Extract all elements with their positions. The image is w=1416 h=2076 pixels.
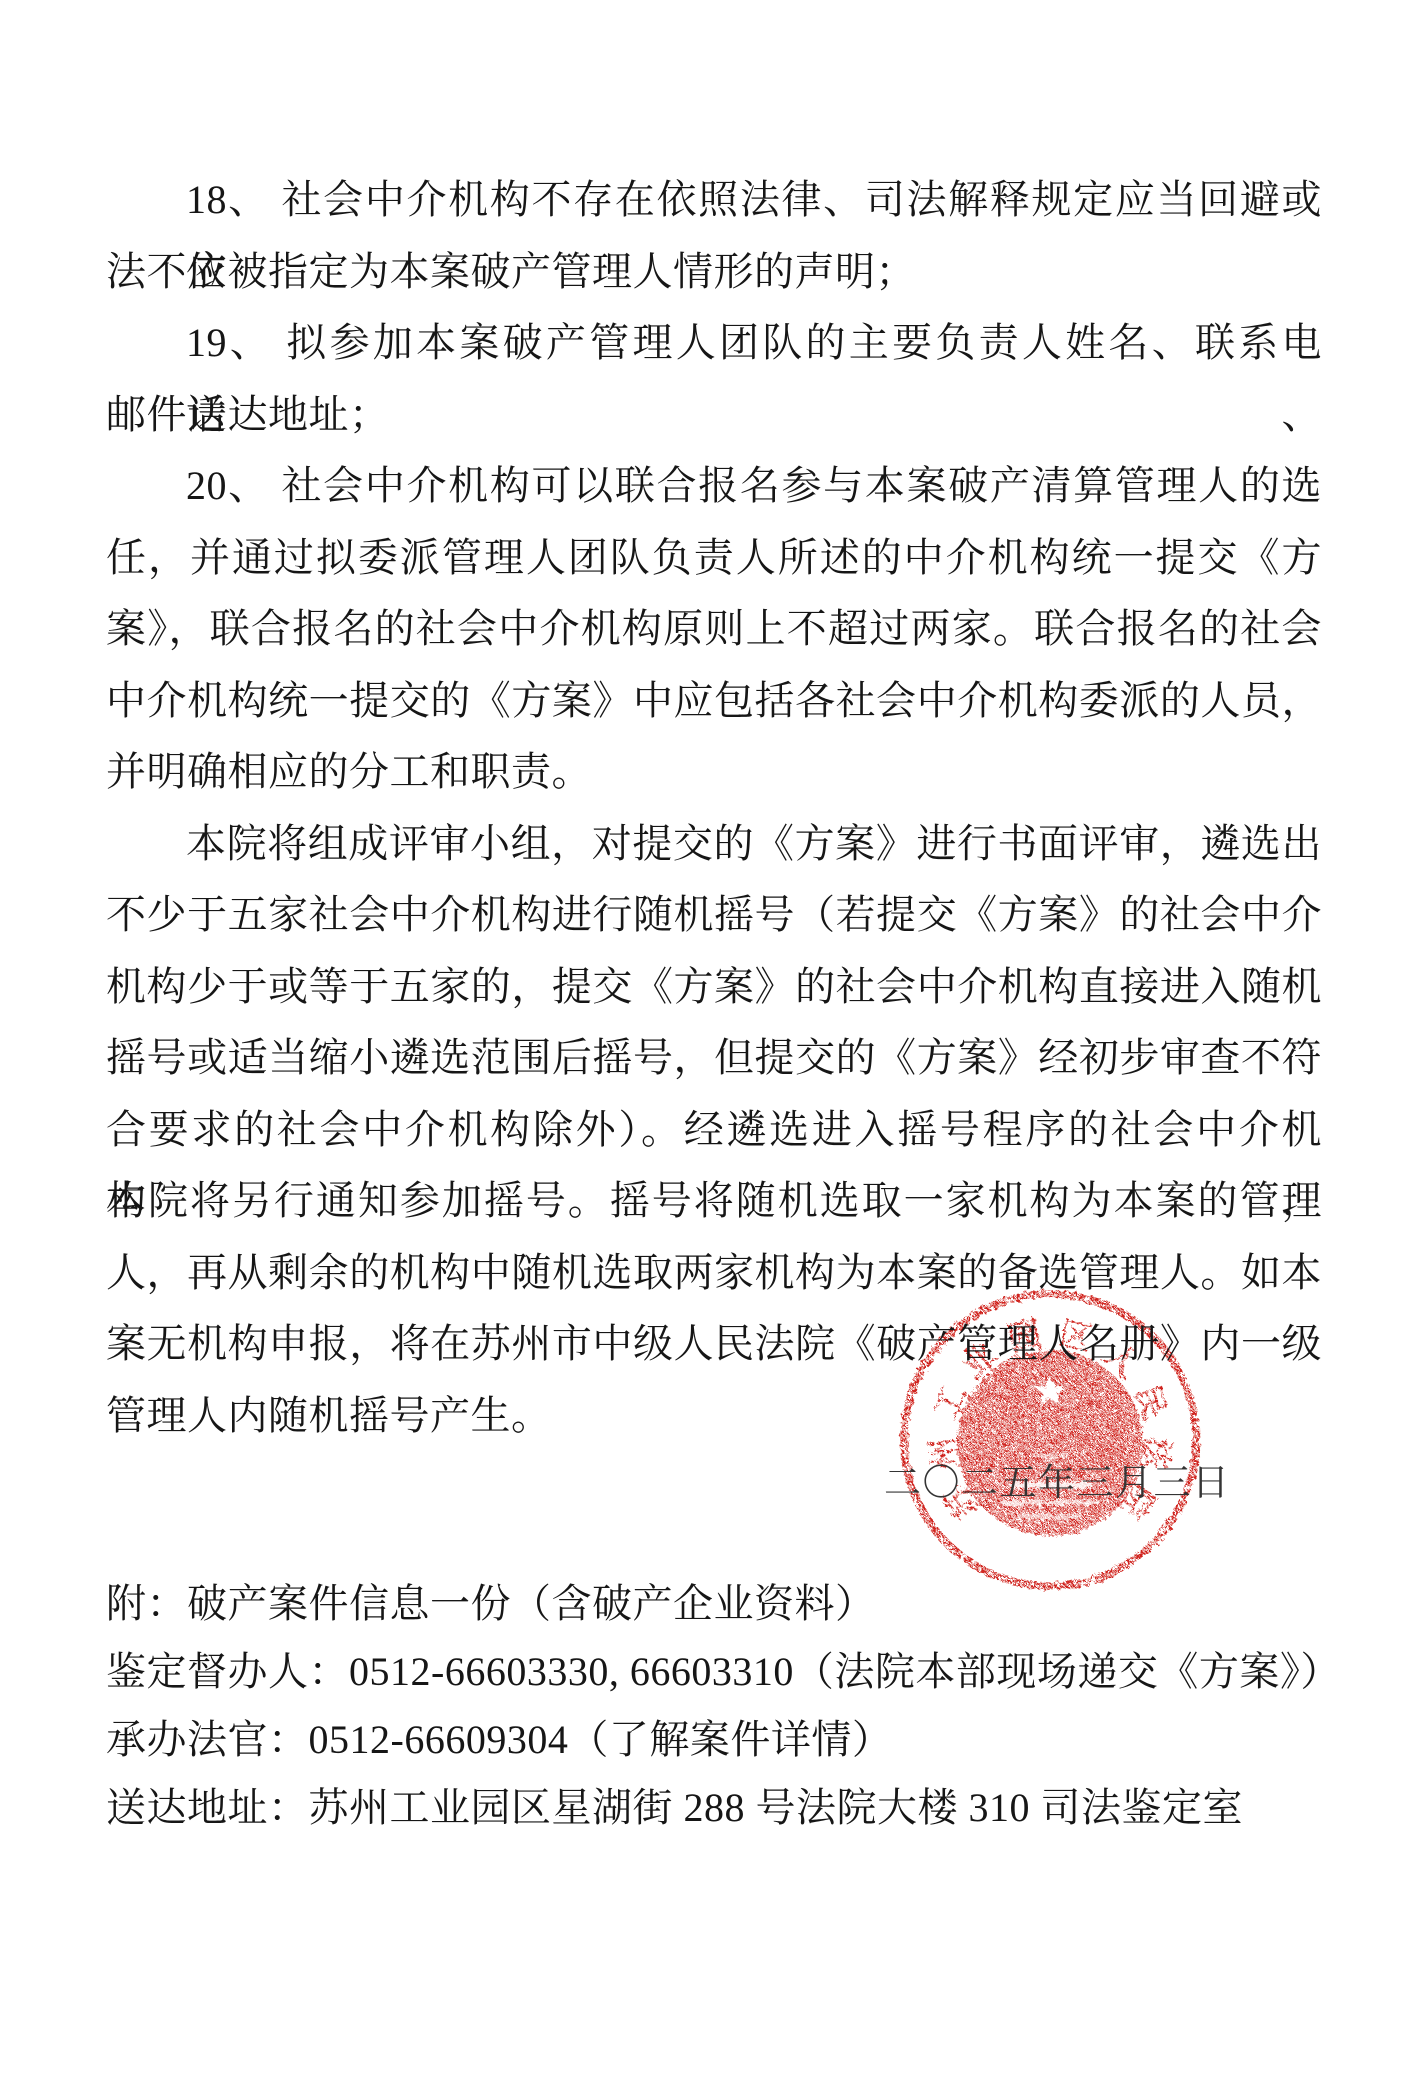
judge-phone-line: 承办法官：0512-66609304（了解案件详情） [106, 1706, 1366, 1774]
body-line: 中介机构统一提交的《方案》中应包括各社会中介机构委派的人员， [106, 665, 1322, 737]
body-line: 并明确相应的分工和职责。 [106, 736, 1322, 808]
body-line: 19、 拟参加本案破产管理人团队的主要负责人姓名、联系电话、 [106, 307, 1322, 379]
body-text: 18、 社会中介机构不存在依照法律、司法解释规定应当回避或依法不应被指定为本案破… [106, 164, 1322, 1451]
body-line: 18、 社会中介机构不存在依照法律、司法解释规定应当回避或依 [106, 164, 1322, 236]
body-line: 合要求的社会中介机构除外）。经遴选进入摇号程序的社会中介机构， [106, 1094, 1322, 1166]
body-line: 案无机构申报，将在苏州市中级人民法院《破产管理人名册》内一级 [106, 1308, 1322, 1380]
body-line: 法不应被指定为本案破产管理人情形的声明； [106, 236, 1322, 308]
body-line: 20、 社会中介机构可以联合报名参与本案破产清算管理人的选 [106, 450, 1322, 522]
body-line: 摇号或适当缩小遴选范围后摇号，但提交的《方案》经初步审查不符 [106, 1022, 1322, 1094]
body-line: 案》，联合报名的社会中介机构原则上不超过两家。联合报名的社会 [106, 593, 1322, 665]
body-line: 不少于五家社会中介机构进行随机摇号（若提交《方案》的社会中介 [106, 879, 1322, 951]
date-line: 二〇二五年三月三日 [884, 1452, 1231, 1506]
document-page: 苏州工业园区人民法院 18、 社会中介机构不存在依照法律、司法解释规定应当回避或… [0, 0, 1416, 2076]
body-line: 本院将另行通知参加摇号。摇号将随机选取一家机构为本案的管理 [106, 1165, 1322, 1237]
attachment-line: 附：破产案件信息一份（含破产企业资料） [106, 1570, 1366, 1638]
supervisor-phone-line: 鉴定督办人：0512-66603330, 66603310（法院本部现场递交《方… [106, 1638, 1366, 1706]
body-line: 任，并通过拟委派管理人团队负责人所述的中介机构统一提交《方 [106, 522, 1322, 594]
body-line: 管理人内随机摇号产生。 [106, 1380, 1322, 1452]
body-line: 本院将组成评审小组，对提交的《方案》进行书面评审，遴选出 [106, 808, 1322, 880]
body-line: 人，再从剩余的机构中随机选取两家机构为本案的备选管理人。如本 [106, 1237, 1322, 1309]
body-line: 机构少于或等于五家的，提交《方案》的社会中介机构直接进入随机 [106, 951, 1322, 1023]
delivery-address-line: 送达地址：苏州工业园区星湖街 288 号法院大楼 310 司法鉴定室 [106, 1774, 1366, 1842]
footer-block: 附：破产案件信息一份（含破产企业资料） 鉴定督办人：0512-66603330,… [106, 1570, 1366, 1842]
